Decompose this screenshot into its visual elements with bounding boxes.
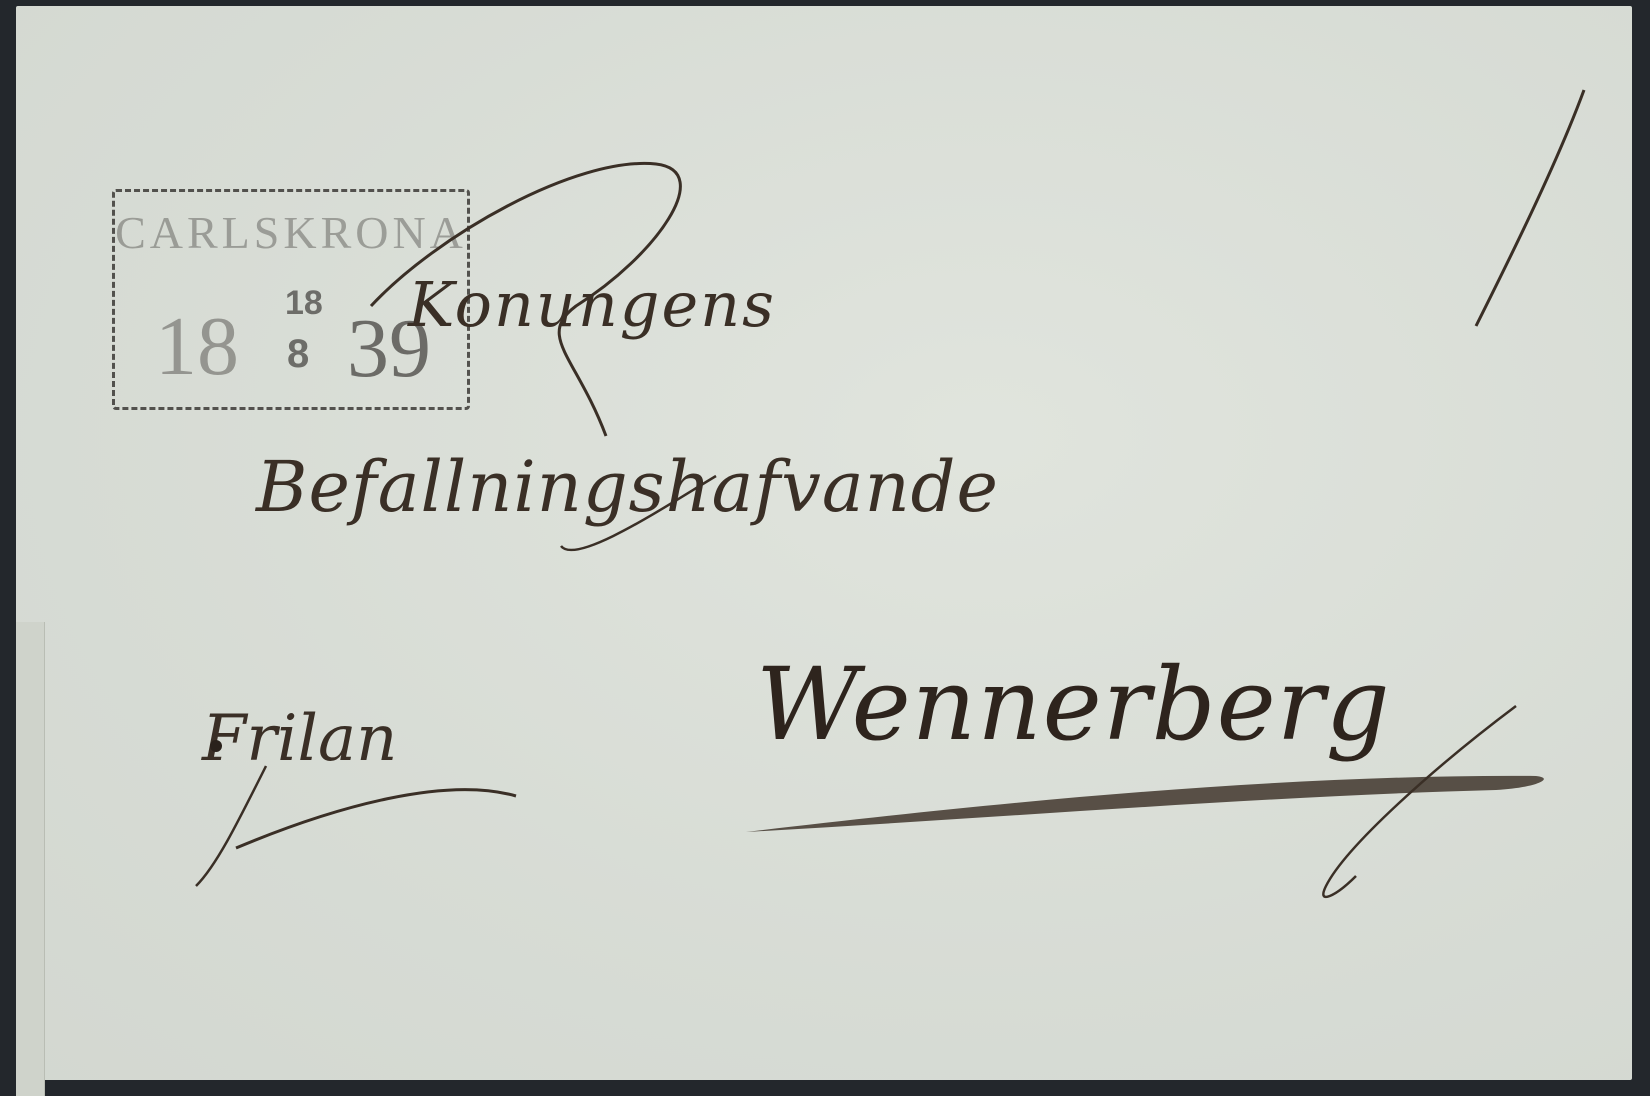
letter-cover: CARLSKRONA 18 18 8 39 Konungens Befallni…: [16, 6, 1632, 1080]
rate-mark: [16, 6, 1632, 1080]
